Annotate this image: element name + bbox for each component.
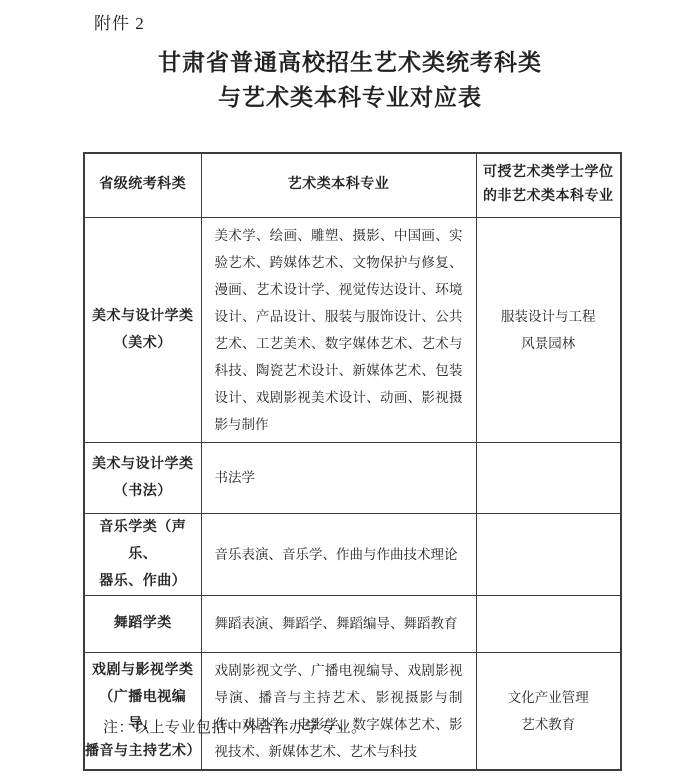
- cell-eligible-non-art-majors: [476, 595, 621, 652]
- footnote: 注：以上专业包括中外合作办学专业。: [103, 716, 367, 737]
- table-row: 舞蹈学类 舞蹈表演、舞蹈学、舞蹈编导、舞蹈教育: [84, 595, 621, 652]
- header-art-majors: 艺术类本科专业: [201, 153, 476, 217]
- table-row: 美术与设计学类 （美术） 美术学、绘画、雕塑、摄影、中国画、实验艺术、跨媒体艺术…: [84, 217, 621, 442]
- cell-exam-category: 美术与设计学类 （书法）: [84, 442, 201, 513]
- table-row: 美术与设计学类 （书法） 书法学: [84, 442, 621, 513]
- table-row: 音乐学类（声乐、 器乐、作曲） 音乐表演、音乐学、作曲与作曲技术理论: [84, 513, 621, 595]
- table-header-row: 省级统考科类 艺术类本科专业 可授艺术类学士学位 的非艺术类本科专业: [84, 153, 621, 217]
- cell-art-majors: 舞蹈表演、舞蹈学、舞蹈编导、舞蹈教育: [201, 595, 476, 652]
- cell-art-majors: 戏剧影视文学、广播电视编导、戏剧影视导演、播音与主持艺术、影视摄影与制作、戏剧学…: [201, 652, 476, 770]
- cell-eligible-non-art-majors: 文化产业管理 艺术教育: [476, 652, 621, 770]
- cell-exam-category: 音乐学类（声乐、 器乐、作曲）: [84, 513, 201, 595]
- header-exam-category: 省级统考科类: [84, 153, 201, 217]
- cell-art-majors: 音乐表演、音乐学、作曲与作曲技术理论: [201, 513, 476, 595]
- cell-exam-category: 戏剧与影视学类 （广播电视编导、 播音与主持艺术）: [84, 652, 201, 770]
- document-title: 甘肃省普通高校招生艺术类统考科类 与艺术类本科专业对应表: [0, 45, 700, 115]
- cell-exam-category: 舞蹈学类: [84, 595, 201, 652]
- cell-eligible-non-art-majors: [476, 442, 621, 513]
- document-page: 附件 2 甘肃省普通高校招生艺术类统考科类 与艺术类本科专业对应表 省级统考科类…: [0, 0, 700, 782]
- cell-art-majors: 书法学: [201, 442, 476, 513]
- cell-exam-category: 美术与设计学类 （美术）: [84, 217, 201, 442]
- table-row: 戏剧与影视学类 （广播电视编导、 播音与主持艺术） 戏剧影视文学、广播电视编导、…: [84, 652, 621, 770]
- header-eligible-non-art-majors: 可授艺术类学士学位 的非艺术类本科专业: [476, 153, 621, 217]
- attachment-label: 附件 2: [94, 9, 145, 34]
- document-title-line-2: 与艺术类本科专业对应表: [0, 80, 700, 115]
- correspondence-table: 省级统考科类 艺术类本科专业 可授艺术类学士学位 的非艺术类本科专业 美术与设计…: [83, 152, 622, 771]
- document-title-line-1: 甘肃省普通高校招生艺术类统考科类: [0, 45, 700, 80]
- cell-art-majors: 美术学、绘画、雕塑、摄影、中国画、实验艺术、跨媒体艺术、文物保护与修复、漫画、艺…: [201, 217, 476, 442]
- cell-eligible-non-art-majors: [476, 513, 621, 595]
- cell-eligible-non-art-majors: 服装设计与工程 风景园林: [476, 217, 621, 442]
